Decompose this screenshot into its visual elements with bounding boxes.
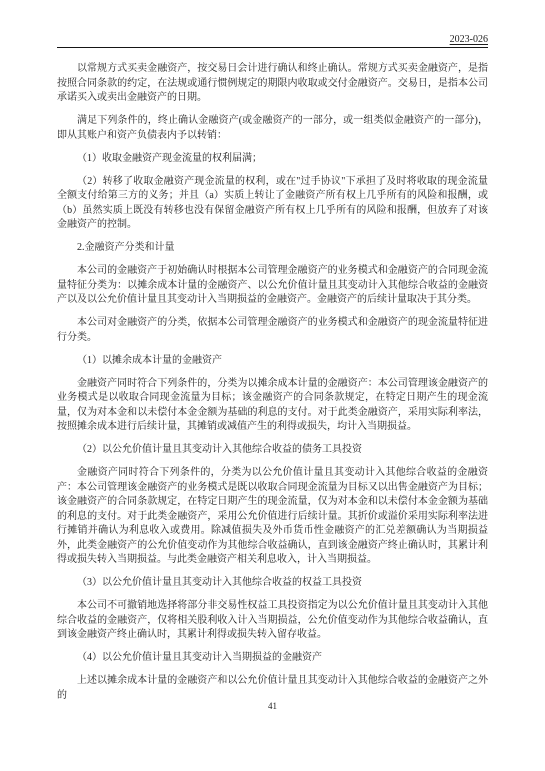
page-header: 2023-026: [57, 33, 488, 48]
page-footer: 41: [0, 701, 545, 711]
paragraph: 上述以摊余成本计量的金融资产和以公允价值计量且其变动计入其他综合收益的金融资产之…: [57, 674, 488, 703]
paragraph: 本公司的金融资产于初始确认时根据本公司管理金融资产的业务模式和金融资产的合同现金…: [57, 264, 488, 308]
paragraph: 金融资产同时符合下列条件的，分类为以摊余成本计量的金融资产：本公司管理该金融资产…: [57, 377, 488, 435]
list-item: （2）转移了收取金融资产现金流量的权利，或在"过手协议"下承担了及时将收取的现金…: [57, 175, 488, 233]
page-number: 41: [268, 701, 277, 711]
paragraph: 满足下列条件的，终止确认金融资产(或金融资产的一部分，或一组类似金融资产的一部分…: [57, 114, 488, 143]
list-item: （1）收取金融资产现金流量的权利届满；: [57, 152, 488, 167]
subsection-heading: （4）以公允价值计量且其变动计入当期损益的金融资产: [57, 651, 488, 666]
subsection-heading: （2）以公允价值计量且其变动计入其他综合收益的债务工具投资: [57, 443, 488, 458]
subsection-heading: （1）以摊余成本计量的金融资产: [57, 354, 488, 369]
subsection-heading: （3）以公允价值计量且其变动计入其他综合收益的权益工具投资: [57, 576, 488, 591]
section-heading: 2.金融资产分类和计量: [57, 241, 488, 256]
paragraph: 本公司不可撤销地选择将部分非交易性权益工具投资指定为以公允价值计量且其变动计入其…: [57, 599, 488, 643]
paragraph: 金融资产同时符合下列条件的，分类为以公允价值计量且其变动计入其他综合收益的金融资…: [57, 466, 488, 568]
document-number: 2023-026: [450, 34, 488, 45]
paragraph: 本公司对金融资产的分类，依据本公司管理金融资产的业务模式和金融资产的现金流量特征…: [57, 316, 488, 345]
document-body: 以常规方式买卖金融资产，按交易日会计进行确认和终止确认。常规方式买卖金融资产，是…: [57, 62, 488, 712]
document-page: 2023-026 以常规方式买卖金融资产，按交易日会计进行确认和终止确认。常规方…: [0, 0, 545, 771]
paragraph: 以常规方式买卖金融资产，按交易日会计进行确认和终止确认。常规方式买卖金融资产，是…: [57, 62, 488, 106]
